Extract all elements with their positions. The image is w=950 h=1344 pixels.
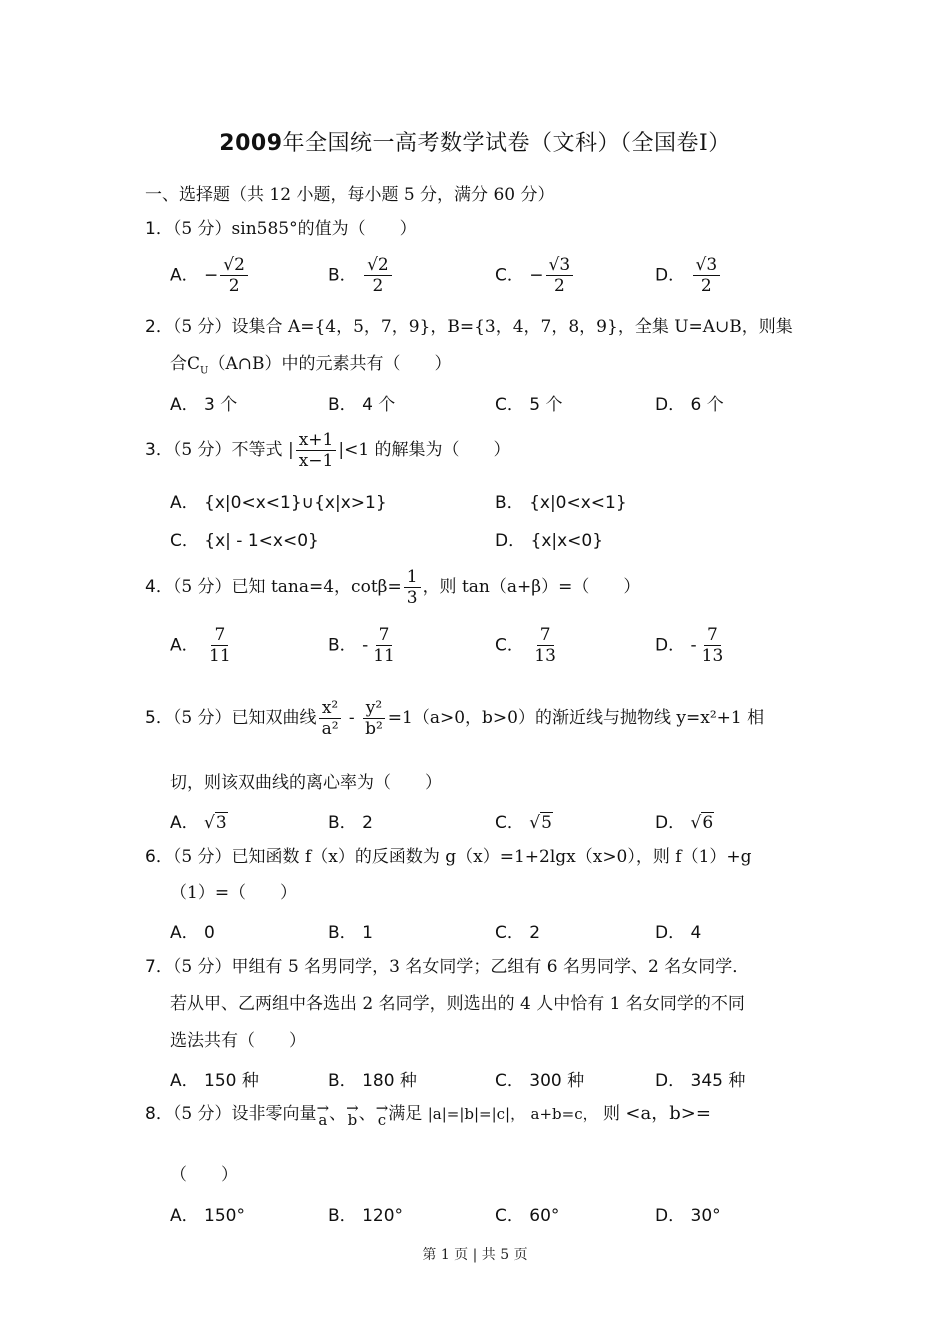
option-text: 5 个 bbox=[529, 395, 562, 415]
numerator: √3 bbox=[693, 255, 721, 276]
denominator: 2 bbox=[369, 276, 386, 296]
question-3-stem: 3．（5 分）不等式 |x+1x−1|<1 的解集为（ ） bbox=[145, 430, 511, 471]
question-2-stem: 2．（5 分）设集合 A={4，5，7，9}，B={3，4，7，8，9}，全集 … bbox=[145, 315, 793, 339]
fraction: 713 bbox=[531, 625, 559, 666]
q2-option-c: C． 5 个 bbox=[495, 390, 563, 415]
question-7-stem-line3: 选法共有（ ） bbox=[170, 1029, 306, 1053]
question-8-stem-line2: （ ） bbox=[170, 1163, 238, 1187]
title-year: 2009 bbox=[219, 131, 282, 156]
denominator: b² bbox=[362, 719, 386, 739]
question-text: （5 分）已知 tana=4，cotβ= bbox=[173, 577, 402, 597]
q5-option-b: B． 2 bbox=[328, 808, 373, 833]
question-text: ，则 tan（a+β）=（ ） bbox=[423, 577, 641, 597]
q1-option-b: B． √22 bbox=[328, 255, 394, 296]
separator: 、 bbox=[359, 1104, 376, 1124]
option-sign: - bbox=[691, 636, 697, 656]
q7-option-c: C． 300 种 bbox=[495, 1066, 584, 1091]
question-text: 则 bbox=[603, 1104, 620, 1124]
question-5-stem-line2: 切，则该双曲线的离心率为（ ） bbox=[170, 771, 442, 795]
numerator: √2 bbox=[364, 255, 392, 276]
radicand: 3 bbox=[215, 812, 228, 833]
denominator: 11 bbox=[370, 646, 398, 666]
question-number: 8． bbox=[145, 1104, 173, 1124]
question-4-stem: 4．（5 分）已知 tana=4，cotβ=13，则 tan（a+β）=（ ） bbox=[145, 567, 640, 608]
q2-option-d: D． 6 个 bbox=[655, 390, 724, 415]
fraction: y²b² bbox=[362, 698, 386, 739]
section-heading: 一、选择题（共 12 小题，每小题 5 分，满分 60 分） bbox=[145, 180, 555, 205]
q8-option-d: D． 30° bbox=[655, 1201, 721, 1226]
vector-b: →b bbox=[346, 1102, 359, 1126]
fraction: x+1x−1 bbox=[296, 430, 337, 471]
question-text: （A∩B）中的元素共有（ ） bbox=[208, 354, 451, 374]
option-label: C． bbox=[495, 266, 524, 286]
vector-letter: c bbox=[378, 1114, 386, 1126]
question-number: 4． bbox=[145, 577, 173, 597]
option-label: B． bbox=[328, 813, 357, 833]
sqrt-symbol: √3 bbox=[204, 812, 228, 833]
q5-option-a: A． √3 bbox=[170, 808, 228, 833]
numerator: √3 bbox=[546, 255, 574, 276]
fraction: √22 bbox=[364, 255, 392, 296]
option-text: 3 个 bbox=[204, 395, 237, 415]
question-number: 5． bbox=[145, 708, 173, 728]
option-label: C． bbox=[495, 813, 524, 833]
option-text: 1 bbox=[362, 923, 373, 943]
question-text: =1（a>0，b>0）的渐近线与抛物线 y=x²+1 相 bbox=[388, 708, 764, 728]
option-text: 2 bbox=[362, 813, 373, 833]
question-text: （5 分）已知函数 f（x）的反函数为 g（x）=1+2lgx（x>0），则 f… bbox=[173, 847, 752, 867]
q2-option-b: B． 4 个 bbox=[328, 390, 395, 415]
option-text: {x|0<x<1}∪{x|x>1} bbox=[204, 493, 387, 513]
numerator: x² bbox=[319, 698, 341, 719]
sum-condition: a+b=c， bbox=[531, 1105, 598, 1123]
numerator: 7 bbox=[537, 625, 554, 646]
option-label: C． bbox=[495, 1206, 524, 1226]
minus-sign: - bbox=[344, 708, 361, 728]
option-label: A． bbox=[170, 923, 199, 943]
numerator: 7 bbox=[376, 625, 393, 646]
question-1-stem: 1．（5 分）sin585°的值为（ ） bbox=[145, 217, 417, 241]
numerator: √2 bbox=[220, 255, 248, 276]
denominator: 13 bbox=[699, 646, 727, 666]
question-number: 3． bbox=[145, 440, 173, 460]
denominator: 2 bbox=[698, 276, 715, 296]
option-label: A． bbox=[170, 493, 199, 513]
q1-option-d: D． √32 bbox=[655, 255, 722, 296]
option-label: A． bbox=[170, 395, 199, 415]
option-text: 300 种 bbox=[529, 1071, 584, 1091]
q1-option-a: A． −√22 bbox=[170, 255, 250, 296]
document-title: 2009年全国统一高考数学试卷（文科）（全国卷Ⅰ） bbox=[0, 126, 950, 157]
option-label: B． bbox=[328, 923, 357, 943]
option-text: 6 个 bbox=[691, 395, 724, 415]
denominator: 2 bbox=[551, 276, 568, 296]
option-text: 30° bbox=[691, 1206, 721, 1226]
option-label: A． bbox=[170, 813, 199, 833]
option-label: B． bbox=[328, 266, 357, 286]
title-text: 年全国统一高考数学试卷（文科）（全国卷Ⅰ） bbox=[283, 131, 731, 156]
numerator: y² bbox=[363, 698, 385, 719]
vector-c: →c bbox=[376, 1102, 389, 1126]
q5-option-d: D． √6 bbox=[655, 808, 714, 833]
numerator: 7 bbox=[704, 625, 721, 646]
question-text: （5 分）不等式 | bbox=[173, 440, 294, 460]
option-text: 0 bbox=[204, 923, 215, 943]
q2-option-a: A． 3 个 bbox=[170, 390, 237, 415]
option-label: B． bbox=[328, 1206, 357, 1226]
radicand: 6 bbox=[701, 812, 714, 833]
question-text: 满足 bbox=[388, 1104, 422, 1124]
q7-option-d: D． 345 种 bbox=[655, 1066, 745, 1091]
q8-option-b: B． 120° bbox=[328, 1201, 403, 1226]
question-7-stem-line2: 若从甲、乙两组中各选出 2 名同学，则选出的 4 人中恰有 1 名女同学的不同 bbox=[170, 992, 745, 1016]
fraction: √32 bbox=[693, 255, 721, 296]
question-8-stem: 8．（5 分）设非零向量→a、→b、→c满足 |a|=|b|=|c|， a+b=… bbox=[145, 1102, 711, 1126]
sqrt-symbol: √6 bbox=[691, 812, 715, 833]
denominator: 11 bbox=[206, 646, 234, 666]
q8-option-a: A． 150° bbox=[170, 1201, 245, 1226]
option-label: B． bbox=[328, 1071, 357, 1091]
question-5-stem: 5．（5 分）已知双曲线x²a² - y²b²=1（a>0，b>0）的渐近线与抛… bbox=[145, 698, 764, 739]
fraction: x²a² bbox=[319, 698, 342, 739]
option-label: D． bbox=[655, 1206, 685, 1226]
vector-letter: a bbox=[318, 1114, 327, 1126]
denominator: 13 bbox=[531, 646, 559, 666]
option-text: 2 bbox=[529, 923, 540, 943]
question-text: （5 分）设非零向量 bbox=[173, 1104, 317, 1124]
sqrt-symbol: √5 bbox=[529, 812, 553, 833]
q6-option-b: B． 1 bbox=[328, 918, 373, 943]
magnitude-condition: |a|=|b|=|c|， bbox=[428, 1105, 525, 1123]
option-label: A． bbox=[170, 1071, 199, 1091]
q7-option-b: B． 180 种 bbox=[328, 1066, 417, 1091]
option-label: C． bbox=[495, 1071, 524, 1091]
option-text: 150 种 bbox=[204, 1071, 259, 1091]
option-text: 180 种 bbox=[362, 1071, 417, 1091]
question-text: （5 分）设集合 A={4，5，7，9}，B={3，4，7，8，9}，全集 U=… bbox=[173, 317, 793, 337]
option-sign: − bbox=[204, 266, 218, 286]
question-text: |<1 的解集为（ ） bbox=[338, 440, 510, 460]
option-label: D． bbox=[655, 636, 685, 656]
q3-option-b: B． {x|0<x<1} bbox=[495, 488, 627, 513]
option-text: {x| - 1<x<0} bbox=[204, 531, 319, 551]
question-text: 合C bbox=[170, 354, 200, 374]
option-label: A． bbox=[170, 266, 199, 286]
fraction: 713 bbox=[699, 625, 727, 666]
option-text: 150° bbox=[204, 1206, 245, 1226]
option-label: D． bbox=[655, 1071, 685, 1091]
question-6-stem-line2: （1）=（ ） bbox=[170, 881, 297, 905]
option-label: B． bbox=[495, 493, 524, 513]
question-6-stem: 6．（5 分）已知函数 f（x）的反函数为 g（x）=1+2lgx（x>0），则… bbox=[145, 845, 752, 869]
option-label: D． bbox=[655, 813, 685, 833]
option-text: 60° bbox=[529, 1206, 559, 1226]
option-text: 120° bbox=[362, 1206, 403, 1226]
question-number: 7． bbox=[145, 957, 173, 977]
angle-expression: <a，b>= bbox=[625, 1103, 711, 1124]
option-label: A． bbox=[170, 636, 199, 656]
q5-option-c: C． √5 bbox=[495, 808, 553, 833]
option-sign: - bbox=[362, 636, 368, 656]
option-label: A． bbox=[170, 1206, 199, 1226]
option-text: {x|x<0} bbox=[531, 531, 604, 551]
q6-option-a: A． 0 bbox=[170, 918, 215, 943]
option-label: D． bbox=[655, 266, 685, 286]
denominator: 2 bbox=[226, 276, 243, 296]
denominator: a² bbox=[319, 719, 342, 739]
q3-option-c: C． {x| - 1<x<0} bbox=[170, 526, 319, 551]
option-label: C． bbox=[495, 636, 524, 656]
question-number: 6． bbox=[145, 847, 173, 867]
fraction: 711 bbox=[206, 625, 234, 666]
denominator: 3 bbox=[404, 588, 421, 608]
option-label: D． bbox=[655, 923, 685, 943]
q1-option-c: C． −√32 bbox=[495, 255, 575, 296]
q3-option-a: A． {x|0<x<1}∪{x|x>1} bbox=[170, 488, 387, 513]
q7-option-a: A． 150 种 bbox=[170, 1066, 259, 1091]
question-text: （5 分）甲组有 5 名男同学，3 名女同学；乙组有 6 名男同学、2 名女同学… bbox=[173, 957, 749, 977]
fraction: 13 bbox=[404, 567, 421, 608]
q6-option-c: C． 2 bbox=[495, 918, 540, 943]
option-label: B． bbox=[328, 636, 357, 656]
option-label: D． bbox=[495, 531, 525, 551]
question-text: （5 分）已知双曲线 bbox=[173, 708, 317, 728]
option-label: B． bbox=[328, 395, 357, 415]
option-label: D． bbox=[655, 395, 685, 415]
page-footer: 第 1 页 | 共 5 页 bbox=[0, 1244, 950, 1264]
q4-option-a: A． 711 bbox=[170, 625, 236, 666]
option-label: C． bbox=[495, 395, 524, 415]
fraction: 711 bbox=[370, 625, 398, 666]
q4-option-c: C． 713 bbox=[495, 625, 561, 666]
question-number: 2． bbox=[145, 317, 173, 337]
option-sign: − bbox=[529, 266, 543, 286]
denominator: x−1 bbox=[296, 451, 337, 471]
question-number: 1． bbox=[145, 219, 173, 239]
option-label: C． bbox=[170, 531, 199, 551]
q4-option-d: D． -713 bbox=[655, 625, 728, 666]
question-text: （5 分）sin585°的值为（ ） bbox=[173, 219, 417, 239]
fraction: √22 bbox=[220, 255, 248, 296]
option-text: 4 bbox=[691, 923, 702, 943]
vector-a: →a bbox=[317, 1102, 330, 1126]
vector-letter: b bbox=[348, 1114, 358, 1126]
q8-option-c: C． 60° bbox=[495, 1201, 559, 1226]
numerator: x+1 bbox=[296, 430, 337, 451]
option-text: {x|0<x<1} bbox=[529, 493, 627, 513]
option-label: C． bbox=[495, 923, 524, 943]
question-2-stem-line2: 合CU（A∩B）中的元素共有（ ） bbox=[170, 352, 451, 383]
separator: 、 bbox=[329, 1104, 346, 1124]
numerator: 7 bbox=[211, 625, 228, 646]
q6-option-d: D． 4 bbox=[655, 918, 701, 943]
radicand: 5 bbox=[540, 812, 553, 833]
fraction: √32 bbox=[546, 255, 574, 296]
question-7-stem: 7．（5 分）甲组有 5 名男同学，3 名女同学；乙组有 6 名男同学、2 名女… bbox=[145, 955, 749, 979]
option-text: 4 个 bbox=[362, 395, 395, 415]
q4-option-b: B． -711 bbox=[328, 625, 400, 666]
numerator: 1 bbox=[404, 567, 421, 588]
option-text: 345 种 bbox=[691, 1071, 746, 1091]
q3-option-d: D． {x|x<0} bbox=[495, 526, 603, 551]
